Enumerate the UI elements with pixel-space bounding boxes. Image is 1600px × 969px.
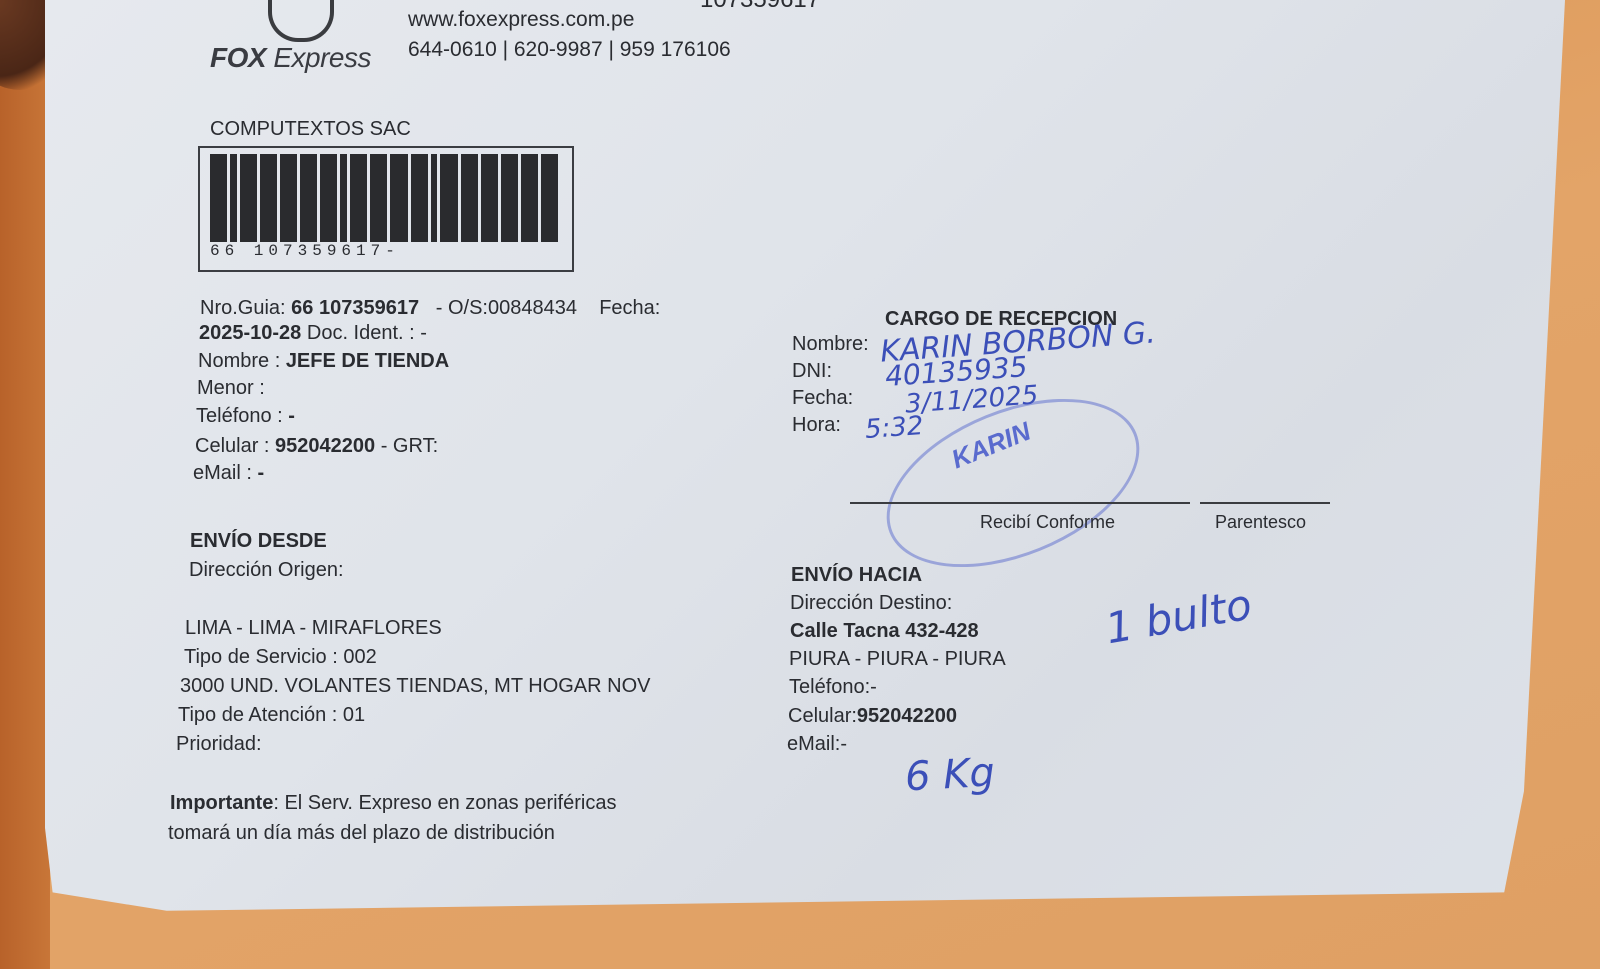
destination-title: ENVÍO HACIA bbox=[791, 564, 922, 587]
destination-cell-value: 952042200 bbox=[857, 705, 957, 727]
cargo-nombre-label: Nombre: bbox=[792, 333, 869, 356]
parentesco-label: Parentesco bbox=[1215, 512, 1306, 533]
email-line: eMail : - bbox=[193, 462, 264, 485]
destination-cell-line: Celular:952042200 bbox=[788, 705, 957, 728]
destination-location: PIURA - PIURA - PIURA bbox=[789, 648, 1006, 671]
handwritten-weight: 6 Kg bbox=[904, 750, 996, 801]
destination-cell-label: Celular: bbox=[788, 705, 857, 727]
origin-address-label: Dirección Origen: bbox=[189, 559, 344, 582]
signature-line bbox=[850, 502, 1190, 504]
cargo-dni-label: DNI: bbox=[792, 360, 832, 383]
doc-ident: Doc. Ident. : - bbox=[307, 322, 427, 344]
important-note-line-2: tomará un día más del plazo de distribuc… bbox=[168, 822, 555, 845]
barcode-bars bbox=[210, 154, 558, 242]
os-label: - O/S: bbox=[436, 297, 488, 319]
origin-location: LIMA - LIMA - MIRAFLORES bbox=[185, 617, 442, 640]
priority: Prioridad: bbox=[176, 733, 262, 756]
grt-label: - GRT: bbox=[381, 435, 438, 457]
website: www.foxexpress.com.pe bbox=[408, 8, 634, 32]
recibi-conforme-label: Recibí Conforme bbox=[980, 512, 1115, 533]
nombre-value: JEFE DE TIENDA bbox=[286, 350, 449, 372]
important-label: Importante bbox=[170, 792, 273, 814]
celular-value: 952042200 bbox=[275, 435, 375, 457]
telefono-value: - bbox=[288, 405, 295, 427]
email-label: eMail : bbox=[193, 462, 252, 484]
handwritten-time: 5:32 bbox=[864, 411, 924, 445]
important-text-1: : El Serv. Expreso en zonas periféricas bbox=[273, 792, 616, 814]
phone-numbers: 644-0610 | 620-9987 | 959 176106 bbox=[408, 38, 731, 62]
nombre-line: Nombre : JEFE DE TIENDA bbox=[198, 350, 449, 373]
brand-bold: FOX bbox=[210, 42, 266, 73]
destination-address: Calle Tacna 432-428 bbox=[790, 620, 979, 643]
telefono-line: Teléfono : - bbox=[196, 405, 295, 428]
attention-type: Tipo de Atención : 01 bbox=[178, 704, 365, 727]
parentesco-line bbox=[1200, 502, 1330, 504]
company-name: COMPUTEXTOS SAC bbox=[210, 118, 411, 141]
cargo-hora-label: Hora: bbox=[792, 414, 841, 437]
fecha-doc-line: 2025-10-28 Doc. Ident. : - bbox=[199, 322, 427, 345]
barcode-digits: 66 107359617- bbox=[210, 242, 558, 260]
shipment-contents: 3000 UND. VOLANTES TIENDAS, MT HOGAR NOV bbox=[180, 675, 651, 698]
fecha-label: Fecha: bbox=[599, 297, 660, 319]
celular-line: Celular : 952042200 - GRT: bbox=[195, 435, 438, 458]
guide-number-line: Nro.Guia: 66 107359617 - O/S:00848434 Fe… bbox=[200, 297, 660, 320]
cargo-fecha-label: Fecha: bbox=[792, 387, 853, 410]
os-value: 00848434 bbox=[488, 297, 577, 319]
destination-phone: Teléfono:- bbox=[789, 676, 877, 699]
background-surface bbox=[0, 0, 50, 969]
brand-logo: FOX Express bbox=[210, 42, 371, 74]
email-value: - bbox=[257, 462, 264, 484]
nro-guia-label: Nro.Guia: bbox=[200, 297, 286, 319]
important-note-line-1: Importante: El Serv. Expreso en zonas pe… bbox=[170, 792, 616, 815]
celular-label: Celular : bbox=[195, 435, 269, 457]
brand-rest: Express bbox=[266, 42, 371, 73]
destination-email: eMail:- bbox=[787, 733, 847, 756]
top-cut-number: 107359617 bbox=[700, 0, 820, 14]
destination-address-label: Dirección Destino: bbox=[790, 592, 952, 615]
service-type: Tipo de Servicio : 002 bbox=[184, 646, 377, 669]
nro-guia-value: 66 107359617 bbox=[291, 297, 419, 319]
origin-title: ENVÍO DESDE bbox=[190, 530, 327, 553]
telefono-label: Teléfono : bbox=[196, 405, 283, 427]
nombre-label: Nombre : bbox=[198, 350, 280, 372]
fecha-value: 2025-10-28 bbox=[199, 322, 301, 344]
barcode: 66 107359617- bbox=[198, 146, 574, 272]
menor-line: Menor : bbox=[197, 377, 265, 400]
